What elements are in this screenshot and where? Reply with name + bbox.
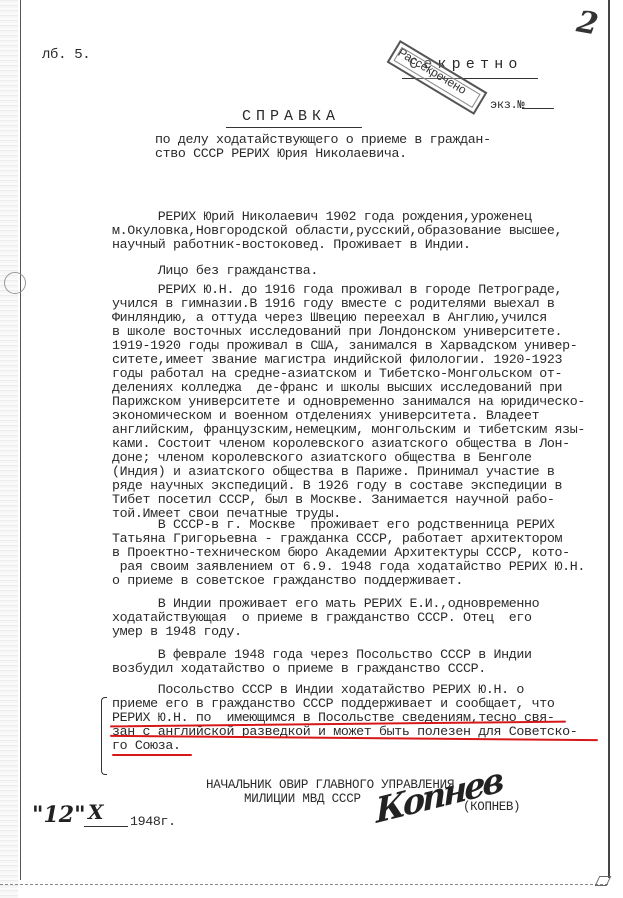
paragraph-relative: В СССР-в г. Москве проживает его родстве… [112, 518, 585, 588]
text-line: го Союза. [112, 739, 577, 753]
sheet-label: лб. 5. [42, 48, 90, 62]
text-line: ками. Состоит членом королевского азиатс… [112, 437, 585, 451]
document-subtitle: по делу ходатайствующего о приеме в граж… [155, 133, 491, 161]
text-line: рая своим заявлением от 6.9. 1948 года х… [112, 560, 585, 574]
paragraph-embassy: Посольство СССР в Индии ходатайство РЕРИ… [112, 683, 577, 753]
signatory-department: МИЛИЦИИ МВД СССР [244, 792, 361, 806]
text-line: ситете,имеет звание магистра индийской ф… [112, 353, 585, 367]
punch-hole [4, 272, 26, 294]
text-line: возбудил ходатайство о приеме в гражданс… [112, 662, 532, 676]
subtitle-line: по делу ходатайствующего о приеме в граж… [155, 133, 491, 147]
page-border-right [608, 0, 610, 878]
subtitle-line: ство СССР РЕРИХ Юрия Николаевича. [155, 147, 491, 161]
copy-number: экз.№ [490, 98, 524, 112]
copy-number-line [522, 108, 554, 109]
text-line: Татьяна Григорьевна - гражданка СССР, ра… [112, 532, 585, 546]
date-month-line [84, 826, 128, 827]
document-title: СПРАВКА [242, 110, 340, 124]
corner-fold [595, 876, 612, 886]
text-line: о приеме в советское гражданство поддерж… [112, 574, 585, 588]
date-day: "12" [32, 802, 86, 828]
text-line: в школе восточных исследований при Лондо… [112, 325, 585, 339]
date-year: 1948г. [130, 815, 176, 829]
text-line: В Индии проживает его мать РЕРИХ Е.И.,од… [112, 597, 539, 611]
page-number: 2 [574, 4, 601, 42]
title-underline [226, 127, 362, 128]
text-line: Посольство СССР в Индии ходатайство РЕРИ… [112, 683, 577, 697]
text-line: 1919-1920 годы проживал в США, занимался… [112, 339, 585, 353]
text-line: экономическом и военном отделениях униве… [112, 409, 585, 423]
text-line: Тибет посетил СССР, был в Москве. Занима… [112, 493, 585, 507]
date-month: X [88, 800, 104, 824]
handwritten-signature: Копнев [375, 760, 502, 832]
text-line: ходатайствующая о приеме в гражданство С… [112, 611, 539, 625]
text-line: делениях колледжа де-франс и школы высши… [112, 381, 585, 395]
text-line: РЕРИХ Ю.Н. до 1916 года проживал в город… [112, 283, 585, 297]
signatory-name: (КОПНЕВ) [463, 800, 520, 814]
text-line: Финляндию, а оттуда через Швецию перееха… [112, 311, 585, 325]
text-line: ряде научных экспедиций. В 1926 году в с… [112, 479, 585, 493]
paragraph-parents: В Индии проживает его мать РЕРИХ Е.И.,од… [112, 597, 539, 639]
text-line: умер в 1948 году. [112, 625, 539, 639]
margin-bracket [101, 697, 107, 775]
text-line: В феврале 1948 года через Посольство ССС… [112, 648, 532, 662]
text-line: В СССР-в г. Москве проживает его родстве… [112, 518, 585, 532]
text-line: Парижском университете и одновременно за… [112, 395, 585, 409]
text-line: учился в гимназии.В 1916 году вместе с р… [112, 297, 585, 311]
page-scan-edge [0, 0, 18, 898]
paragraph-biography: РЕРИХ Ю.Н. до 1916 года проживал в город… [112, 283, 585, 521]
red-underline [112, 754, 192, 756]
paragraph-citizenship: Лицо без гражданства. [112, 264, 318, 278]
page-border-bottom [0, 884, 608, 885]
text-line: годы работал на средне-азиатском и Тибет… [112, 367, 585, 381]
text-line: научный работник-востоковед. Проживает в… [112, 238, 562, 252]
page-border-left [20, 0, 21, 880]
text-line: в Проектно-техническом бюро Академии Арх… [112, 546, 585, 560]
paragraph-identity: РЕРИХ Юрий Николаевич 1902 года рождения… [112, 210, 562, 252]
text-line: доне; членом королевского азиатского общ… [112, 451, 585, 465]
text-line: (Индия) и азиатского общества в Париже. … [112, 465, 585, 479]
text-line: английским, французским,немецким, монгол… [112, 423, 585, 437]
text-line: Лицо без гражданства. [112, 264, 318, 278]
paragraph-petition: В феврале 1948 года через Посольство ССС… [112, 648, 532, 676]
text-line: приеме его в гражданство СССР поддержива… [112, 697, 577, 711]
text-line: РЕРИХ Юрий Николаевич 1902 года рождения… [112, 210, 562, 224]
text-line: м.Окуловка,Новгородской области,русский,… [112, 224, 562, 238]
